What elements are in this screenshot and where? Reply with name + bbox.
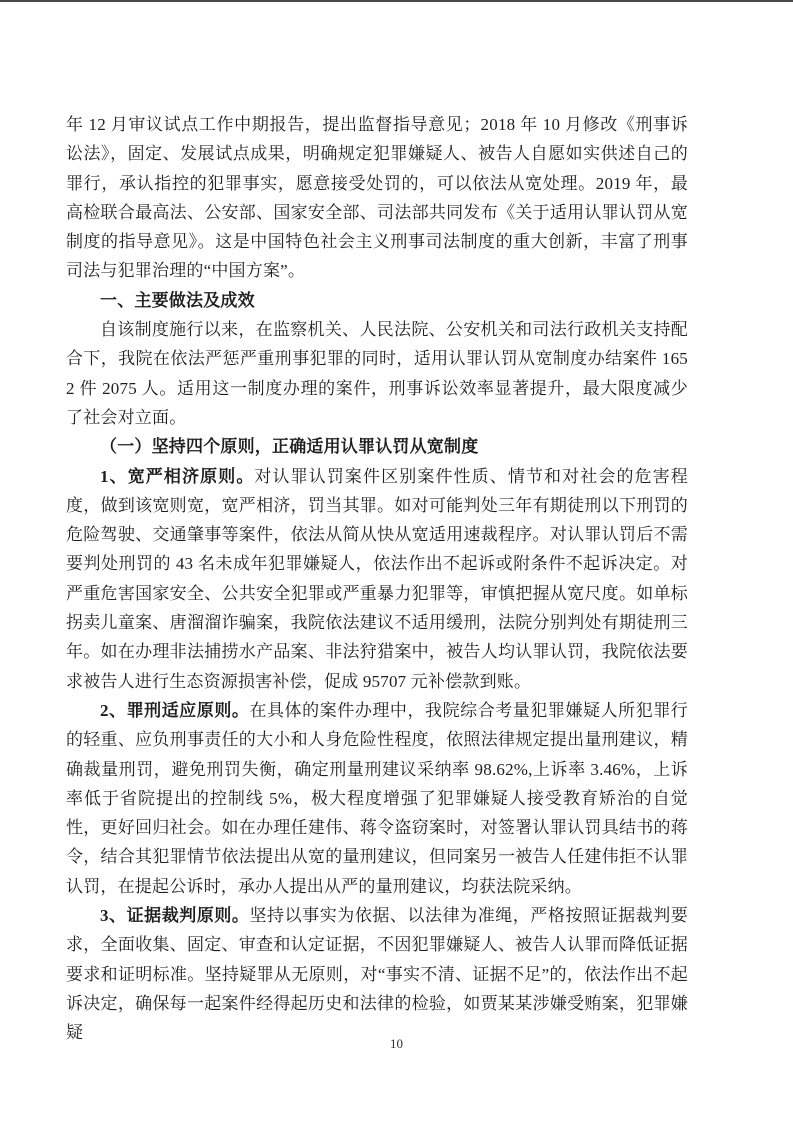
section-heading-main: 一、主要做法及成效	[66, 286, 688, 315]
section-heading-sub: （一）坚持四个原则，正确适用认罪认罚从宽制度	[66, 432, 688, 461]
principle-2-lead: 2、罪刑适应原则。	[100, 701, 250, 720]
principle-1-lead: 1、宽严相济原则。	[100, 467, 254, 486]
document-page: 年 12 月审议试点工作中期报告，提出监督指导意见；2018 年 10 月修改《…	[0, 0, 793, 1122]
principle-3-text: 坚持以事实为依据、以法律为准绳，严格按照证据裁判要求，全面收集、固定、审查和认定…	[66, 906, 688, 1042]
document-body: 年 12 月审议试点工作中期报告，提出监督指导意见；2018 年 10 月修改《…	[66, 110, 688, 1048]
principle-2-text: 在具体的案件办理中，我院综合考量犯罪嫌疑人所犯罪行的轻重、应负刑事责任的大小和人…	[66, 701, 688, 896]
principle-1-text: 对认罪认罚案件区别案件性质、情节和对社会的危害程度，做到该宽则宽，宽严相济，罚当…	[66, 467, 688, 691]
paragraph-principle-2: 2、罪刑适应原则。在具体的案件办理中，我院综合考量犯罪嫌疑人所犯罪行的轻重、应负…	[66, 696, 688, 901]
principle-3-lead: 3、证据裁判原则。	[100, 906, 250, 925]
page-number: 10	[0, 1036, 793, 1052]
paragraph-principle-1: 1、宽严相济原则。对认罪认罚案件区别案件性质、情节和对社会的危害程度，做到该宽则…	[66, 462, 688, 696]
page-top-edge	[0, 0, 793, 2]
paragraph-principle-3: 3、证据裁判原则。坚持以事实为依据、以法律为准绳，严格按照证据裁判要求，全面收集…	[66, 901, 688, 1047]
paragraph-intro: 自该制度施行以来，在监察机关、人民法院、公安机关和司法行政机关支持配合下，我院在…	[66, 315, 688, 432]
paragraph-continuation: 年 12 月审议试点工作中期报告，提出监督指导意见；2018 年 10 月修改《…	[66, 110, 688, 286]
